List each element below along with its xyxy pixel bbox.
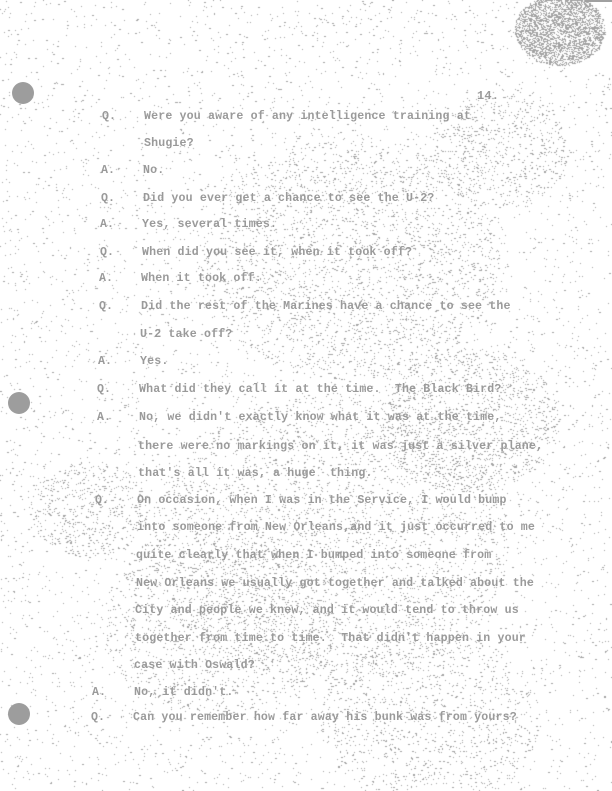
speaker-label: Q. [95,494,109,508]
transcript-line: No, it didn't. [134,686,234,700]
transcript-line: Did you ever get a chance to see the U-2… [143,192,434,206]
speaker-label: Q. [102,110,116,124]
transcript-line: Can you remember how far away his bunk w… [133,711,517,725]
transcript-line: case with Oswald? [134,659,255,673]
binder-hole-top [12,82,34,104]
speaker-label: Q. [100,246,114,260]
transcript-line: that's all it was, a huge thing. [138,467,373,481]
speaker-label: A. [99,272,113,286]
speaker-label: Q. [99,300,113,314]
speaker-label: A. [92,686,106,700]
transcript-line: Shugie? [144,137,194,151]
speaker-label: A. [97,411,111,425]
transcript-line: quite clearly that when I bumped into so… [136,549,491,563]
transcript-line: Were you aware of any intelligence train… [144,110,471,124]
scan-artifact-rule [585,0,612,2]
speaker-label: A. [101,164,115,178]
transcript-line: When it took off. [141,272,262,286]
transcript-line: No, we didn't exactly know what it was a… [139,411,501,425]
speaker-label: A. [98,355,112,369]
transcript-line: U-2 take off? [140,328,232,342]
transcript-line: together from time to time. That didn't … [135,632,526,646]
speaker-label: Q. [101,192,115,206]
transcript-line: Yes, several times. [142,218,277,232]
binder-hole-bottom [8,703,30,725]
transcript-line: No. [143,164,164,178]
speaker-label: A. [100,218,114,232]
page-number: 14. [477,89,499,103]
transcript-line: there were no markings on it, it was jus… [138,440,543,454]
transcript-line: Yes. [140,355,168,369]
transcript-line: What did they call it at the time. The B… [139,383,501,397]
transcript-line: On occasion, when I was in the Service, … [137,494,507,508]
speaker-label: Q. [91,711,105,725]
transcript-line: Did the rest of the Marines have a chanc… [141,300,511,314]
transcript-line: New Orleans we usually got together and … [136,577,534,591]
transcript-line: into someone from New Orleans,and it jus… [137,521,535,535]
transcript-line: City and people we knew, and it would te… [135,604,519,618]
speaker-label: Q. [97,383,111,397]
binder-hole-middle [8,392,30,414]
transcript-line: When did you see it, when it took off? [142,246,412,260]
